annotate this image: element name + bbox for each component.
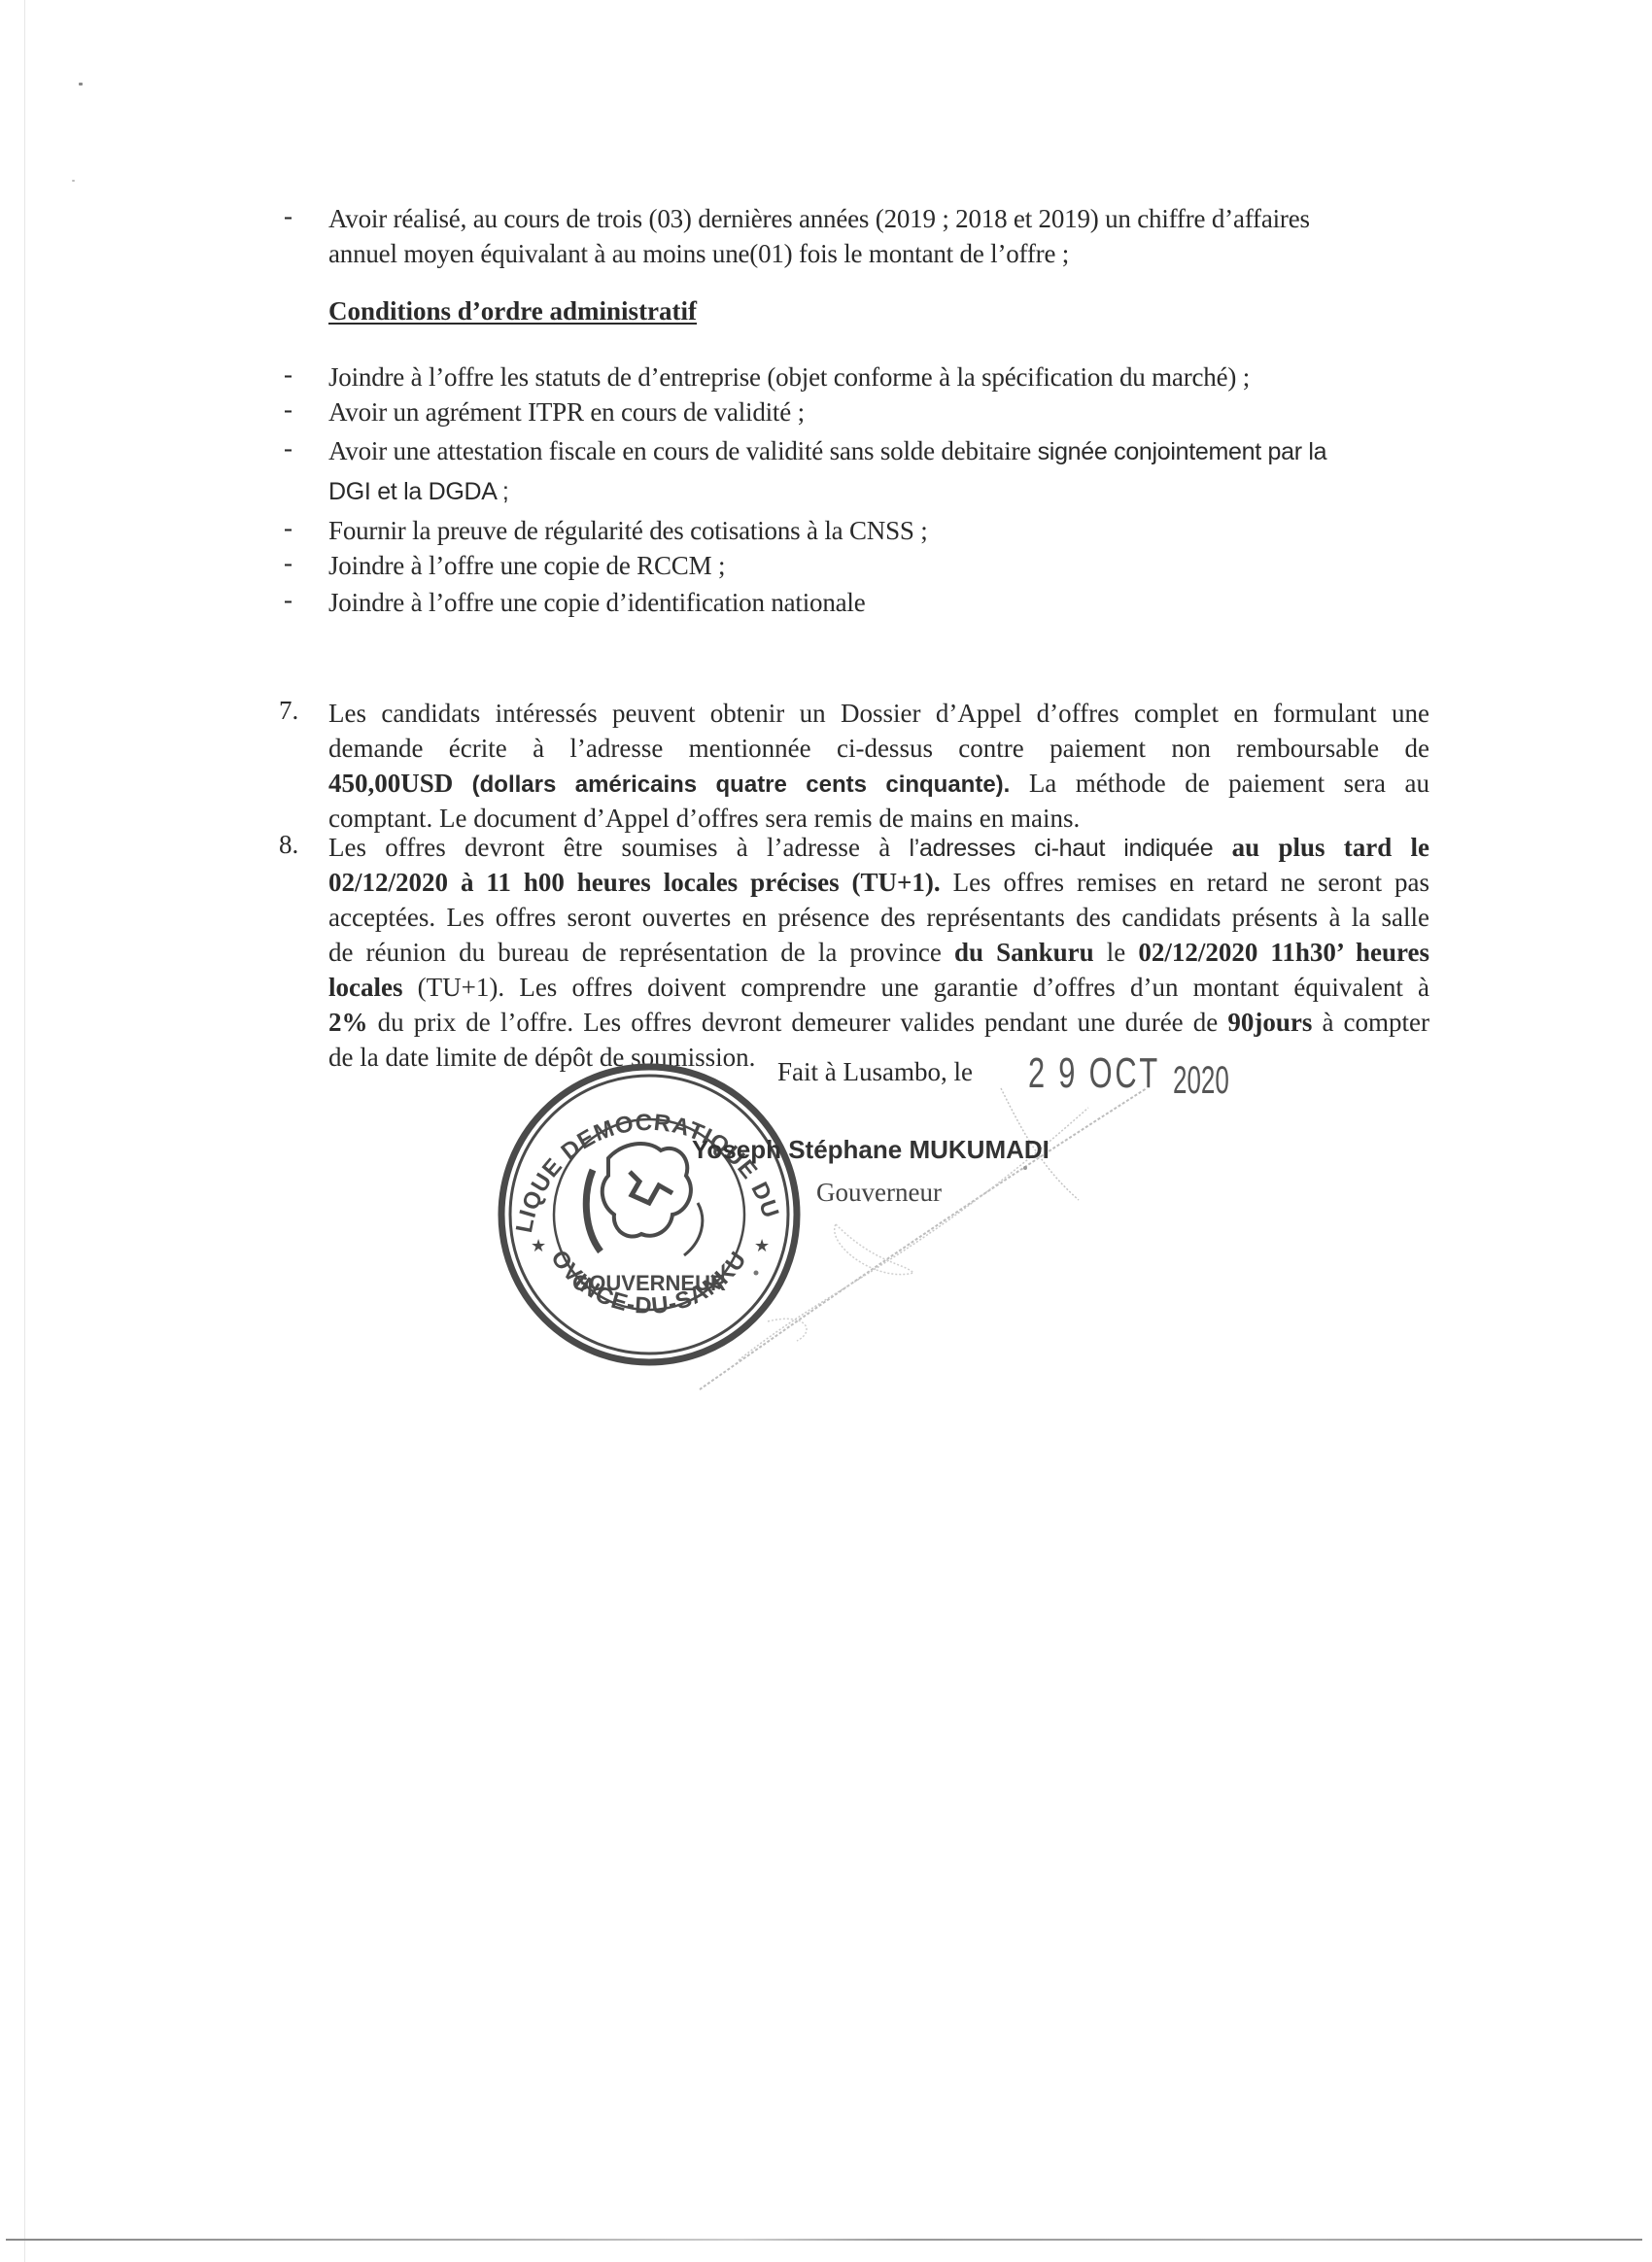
bullet-text: Fournir la preuve de régularité des coti… [328, 513, 928, 548]
paragraph-line: demande écrite à l’adresse mentionnée ci… [328, 731, 1429, 766]
signatory-name: Yoseph Stéphane MUKUMADI [692, 1135, 1050, 1165]
deadline-text: au plus tard le [1213, 833, 1429, 862]
paragraph-text: de réunion du bureau de représentation d… [328, 938, 954, 967]
bullet-text-part: signée conjointement par la [1038, 438, 1327, 465]
bullet-text: Joindre à l’offre une copie de RCCM ; [328, 548, 725, 583]
paragraph-text: du prix de l’offre. Les offres devront d… [368, 1008, 1228, 1037]
bullet-text: Joindre à l’offre une copie d’identifica… [328, 585, 865, 620]
paragraph-line: 450,00USD (dollars américains quatre cen… [328, 766, 1429, 803]
paragraph-text: l’adresses ci-haut indiquée [909, 835, 1213, 862]
paragraph-line: 2% du prix de l’offre. Les offres devron… [328, 1005, 1429, 1040]
item-number: 8. [279, 830, 298, 860]
page-edge [6, 2239, 1642, 2241]
bullet-marker: - [284, 394, 293, 425]
paragraph-line: locales (TU+1). Les offres doivent compr… [328, 970, 1429, 1005]
guarantee-percent: 2% [328, 1008, 368, 1037]
handwritten-signature-icon [680, 1069, 1224, 1457]
bullet-marker: - [284, 360, 293, 390]
province-name: du Sankuru [954, 938, 1094, 967]
bullet-marker: - [284, 585, 293, 615]
paragraph-line: Les offres devront être soumises à l’adr… [328, 830, 1429, 866]
item-number: 7. [279, 696, 298, 726]
bullet-text: Avoir un agrément ITPR en cours de valid… [328, 394, 805, 429]
signature-place-date: Fait à Lusambo, le [777, 1057, 973, 1087]
paragraph-text: à compter [1312, 1008, 1429, 1037]
date-stamp: 2 9 OCT [1028, 1049, 1160, 1098]
bullet-text-part: Avoir une attestation fiscale en cours d… [328, 436, 1038, 465]
scan-speck [79, 83, 83, 86]
paragraph-line: 02/12/2020 à 11 h00 heures locales préci… [328, 865, 1429, 900]
bullet-marker: - [284, 433, 293, 463]
paragraph-line: acceptées. Les offres seront ouvertes en… [328, 900, 1429, 935]
svg-text:★: ★ [531, 1236, 546, 1255]
bullet-text: Avoir une attestation fiscale en cours d… [328, 433, 1326, 469]
bullet-text: Avoir réalisé, au cours de trois (03) de… [328, 201, 1310, 236]
opening-date: 02/12/2020 11h30’ heures [1138, 938, 1429, 967]
fee-amount: 450,00USD [328, 769, 453, 798]
page-edge [24, 0, 25, 2262]
scan-speck [72, 180, 75, 182]
paragraph-text: le [1094, 938, 1139, 967]
validity-period: 90jours [1227, 1008, 1312, 1037]
paragraph-text: Les offres remises en retard ne seront p… [941, 868, 1429, 897]
paragraph-line: Les candidats intéressés peuvent obtenir… [328, 696, 1429, 731]
paragraph-text: Les offres devront être soumises à l’adr… [328, 833, 909, 862]
paragraph-line: de réunion du bureau de représentation d… [328, 935, 1429, 970]
bullet-text: Joindre à l’offre les statuts de d’entre… [328, 360, 1250, 394]
fee-amount-words: (dollars américains quatre cents cinquan… [453, 771, 1010, 798]
bullet-marker: - [284, 548, 293, 578]
section-heading: Conditions d’ordre administratif [328, 296, 697, 326]
bullet-marker: - [284, 513, 293, 543]
paragraph-text: (TU+1). Les offres doivent comprendre un… [402, 973, 1429, 1002]
bullet-marker: - [284, 201, 293, 231]
date-stamp-year: 2020 [1173, 1059, 1229, 1103]
paragraph-text-bold: locales [328, 973, 402, 1002]
deadline-date: 02/12/2020 à 11 h00 heures locales préci… [328, 868, 941, 897]
signatory-title: Gouverneur [816, 1178, 942, 1208]
paragraph-text: La méthode de paiement sera au [1010, 769, 1429, 798]
bullet-text: DGI et la DGDA ; [328, 474, 509, 509]
bullet-text: annuel moyen équivalant à au moins une(0… [328, 236, 1069, 271]
